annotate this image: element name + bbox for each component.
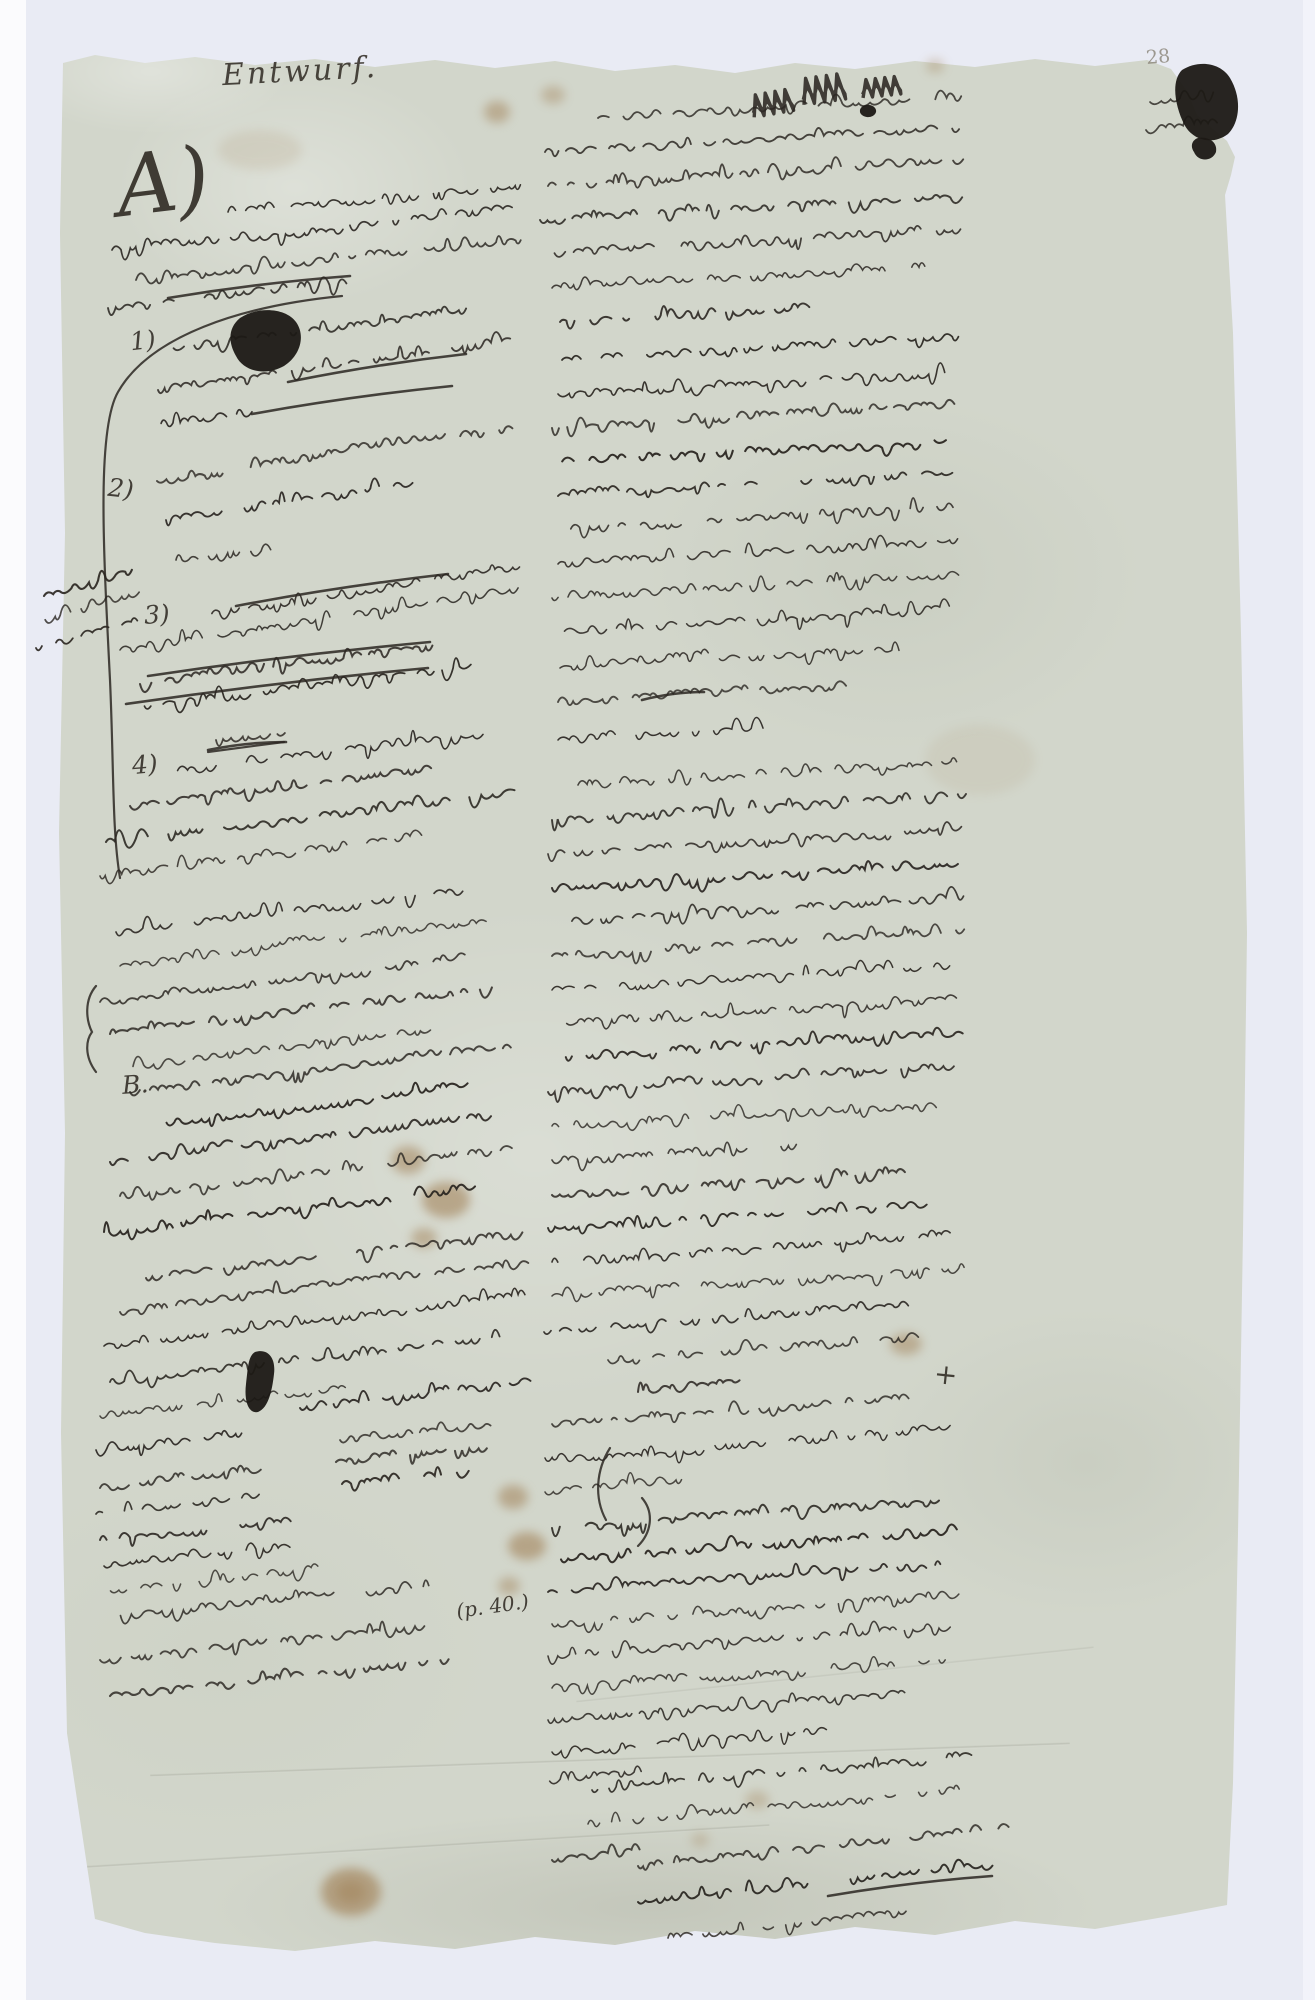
- handwriting-line: [552, 861, 970, 892]
- strikethrough-stroke: [252, 386, 452, 414]
- handwriting-line: [130, 1045, 522, 1096]
- handwriting-line: [120, 588, 518, 652]
- handwriting-ink-layer: [0, 0, 1315, 2000]
- handwriting-line: [100, 953, 465, 1003]
- handwriting-line: [545, 1473, 706, 1495]
- corner-blot-tail: [1192, 138, 1216, 160]
- handwriting-line: [108, 277, 346, 315]
- handwriting-line: [548, 1202, 942, 1234]
- handwriting-line: [166, 478, 427, 525]
- handwriting-line: [552, 263, 938, 290]
- foxing-stain: [508, 1532, 546, 1560]
- handwriting-line: [121, 1580, 429, 1623]
- handwriting-line: [552, 1844, 654, 1862]
- initial-blot: [230, 310, 300, 371]
- handwriting-line: [104, 1288, 525, 1348]
- handwriting-line: [140, 646, 432, 692]
- handwriting-line: [120, 920, 486, 966]
- handwriting-line: [592, 1752, 972, 1792]
- handwriting-line: [544, 1302, 908, 1335]
- handwriting-line: [561, 1524, 957, 1562]
- handwriting-line: [548, 1621, 950, 1664]
- handwriting-line: [174, 307, 467, 352]
- handwriting-line: [145, 658, 471, 712]
- handwriting-line: [130, 766, 431, 810]
- handwriting-line: [552, 1728, 851, 1758]
- handwriting-line: [552, 1167, 905, 1197]
- foxing-stain: [498, 1485, 528, 1509]
- handwriting-line: [545, 126, 966, 157]
- handwriting-line: [638, 1860, 1006, 1904]
- handwriting-line: [588, 1785, 967, 1826]
- handwriting-line: [158, 332, 510, 393]
- handwriting-line: [176, 544, 271, 561]
- handwriting-line: [100, 1466, 261, 1490]
- handwriting-line: [638, 1824, 1009, 1870]
- foxing-stain: [541, 86, 565, 104]
- handwriting-line: [120, 1260, 528, 1315]
- strikethrough-stroke: [828, 1876, 992, 1896]
- handwriting-line: [558, 536, 958, 567]
- foxing-stain: [337, 1881, 365, 1903]
- handwriting-line: [110, 1659, 449, 1696]
- handwriting-line: [552, 1592, 959, 1633]
- handwriting-line: [555, 226, 961, 257]
- scribble-mark: [750, 89, 793, 118]
- handwriting-line: [106, 789, 515, 847]
- handwriting-line: [100, 1518, 291, 1546]
- handwriting-line: [336, 1448, 487, 1463]
- handwriting-line: [668, 1911, 906, 1938]
- handwriting-line: [161, 410, 252, 427]
- handwriting-line: [548, 1691, 905, 1724]
- margin-brace: [87, 986, 96, 1072]
- handwriting-line: [552, 1657, 945, 1694]
- handwriting-line: [548, 1561, 955, 1592]
- small-blot: [860, 105, 876, 117]
- handwriting-line: [157, 426, 525, 483]
- handwriting-line: [340, 1422, 491, 1442]
- handwriting-line: [552, 400, 954, 436]
- handwriting-line: [548, 157, 963, 187]
- handwriting-line: [342, 1467, 469, 1490]
- handwriting-line: [45, 592, 139, 623]
- scribble-mark: [861, 76, 901, 98]
- handwriting-line: [558, 471, 952, 497]
- foxing-stain: [925, 725, 1035, 795]
- handwriting-line: [566, 1028, 963, 1061]
- handwriting-line: [562, 440, 946, 462]
- handwriting-line: [552, 1103, 936, 1130]
- foxing-stain: [484, 101, 510, 123]
- handwriting-line: [552, 960, 950, 990]
- handwriting-line: [578, 758, 957, 788]
- foxing-stain: [498, 1577, 520, 1595]
- handwriting-line: [110, 1330, 514, 1387]
- handwriting-line: [44, 570, 132, 596]
- handwriting-line: [552, 1142, 796, 1170]
- handwriting-line: [540, 195, 962, 224]
- handwriting-line: [545, 1425, 966, 1462]
- foxing-stain: [691, 1833, 709, 1847]
- handwriting-line: [178, 731, 483, 773]
- corner-blot: [1175, 64, 1238, 140]
- foxing-stain: [218, 130, 302, 170]
- handwriting-line: [552, 924, 964, 963]
- handwriting-line: [548, 1064, 954, 1102]
- handwriting-line: [552, 1264, 964, 1302]
- handwriting-line: [552, 1395, 909, 1427]
- handwriting-line: [565, 599, 950, 634]
- handwriting-line: [96, 1431, 242, 1456]
- handwriting-line: [112, 205, 522, 259]
- handwriting-line: [550, 1766, 641, 1784]
- handwriting-line: [552, 572, 959, 601]
- handwriting-line: [228, 185, 520, 212]
- handwriting-line: [560, 642, 912, 670]
- scanned-page: 28 Entwurf. A) 1) 2) 3) 4) B. (p. 40.) +: [0, 0, 1315, 2000]
- foxing-stain: [745, 1791, 769, 1809]
- handwriting-line: [116, 889, 463, 935]
- handwriting-line: [110, 985, 519, 1034]
- foxing-stain: [391, 1146, 425, 1174]
- handwriting-line: [212, 565, 520, 619]
- foxing-stain: [926, 59, 944, 73]
- handwriting-line: [146, 1232, 522, 1280]
- scribble-mark: [800, 73, 845, 105]
- paren-close: [638, 1498, 650, 1546]
- handwriting-line: [552, 1499, 951, 1536]
- tadpole-blot: [246, 1351, 275, 1412]
- handwriting-line: [567, 995, 957, 1029]
- handwriting-line: [558, 363, 945, 398]
- foxing-stain: [422, 1182, 470, 1218]
- handwriting-line: [100, 830, 432, 883]
- handwriting-line: [548, 822, 961, 861]
- handwriting-line: [110, 1114, 491, 1165]
- handwriting-line: [300, 1378, 531, 1410]
- handwriting-line: [558, 717, 763, 742]
- handwriting-line: [100, 1622, 439, 1664]
- handwriting-line: [100, 1386, 345, 1419]
- handwriting-line: [167, 1083, 468, 1126]
- handwriting-line: [560, 303, 809, 328]
- handwriting-line: [571, 498, 953, 538]
- handwriting-line: [562, 334, 958, 360]
- handwriting-line: [638, 1380, 740, 1393]
- handwriting-line: [608, 1333, 918, 1364]
- handwriting-line: [111, 1564, 331, 1593]
- handwriting-line: [552, 1230, 950, 1263]
- handwriting-line: [572, 887, 964, 924]
- handwriting-line: [552, 792, 966, 830]
- handwriting-line: [96, 1494, 259, 1514]
